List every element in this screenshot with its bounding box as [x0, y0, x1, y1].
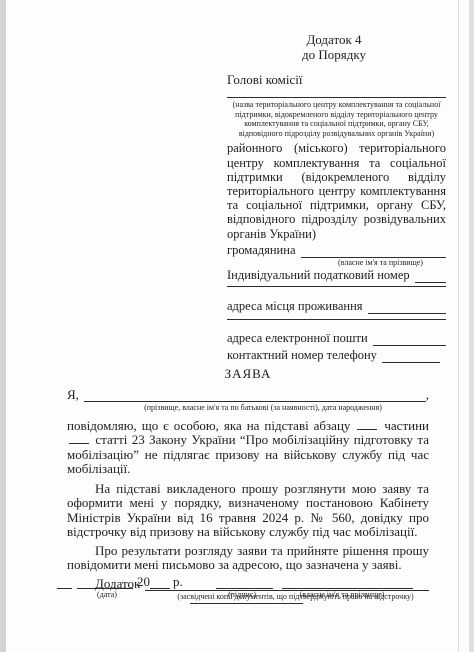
signature-captions-row: (дата) (підпис) (власне ім'я та прізвище… — [57, 589, 429, 601]
statement-title: ЗАЯВА — [67, 366, 429, 382]
intro-row: Я, , — [67, 387, 429, 402]
extra-blank-line — [190, 603, 303, 604]
appendix-reference: Додаток 4 до Порядку — [278, 32, 390, 62]
phone-label: контактний номер телефону — [227, 348, 377, 363]
chastyna-number-blank — [69, 433, 89, 444]
document-page: Додаток 4 до Порядку Голові комісії (наз… — [0, 0, 474, 652]
signature-block: 20 р. (дата) (підпис) (власне ім'я та пр… — [57, 574, 429, 601]
year-prefix: 20 — [137, 574, 150, 589]
paragraph-1-text-a: повідомляю, що є особою, яка на підставі… — [67, 418, 350, 433]
intro-comma: , — [426, 387, 429, 402]
email-label: адреса електронної пошти — [227, 331, 368, 346]
phone-row: контактний номер телефону — [227, 348, 446, 363]
scan-right-edge — [469, 0, 474, 652]
signature-row: 20 р. — [57, 574, 429, 589]
residence-row: адреса місця проживання — [227, 299, 446, 314]
day-blank — [57, 578, 72, 589]
month-blank — [77, 578, 133, 589]
paragraph-1-text-c: статті 23 Закону України “Про мобілізаці… — [67, 432, 429, 476]
statement-paragraph-1: повідомляю, що є особою, яка на підставі… — [67, 419, 429, 477]
paragraph-1-text-b: частини — [384, 418, 429, 433]
statement-body: ЗАЯВА Я, , (прізвище, власне ім'я та по … — [67, 366, 429, 601]
year-suffix: р. — [173, 574, 183, 589]
name-caption: (власне ім'я та прізвище) — [272, 590, 412, 600]
tax-number-row: Індивідуальний податковий номер — [227, 268, 446, 283]
scan-left-edge — [0, 0, 6, 652]
date-caption: (дата) — [77, 590, 137, 600]
residence-blank-line-2 — [227, 319, 446, 320]
intro-prefix: Я, — [67, 387, 79, 402]
scan-right-edge-line — [458, 0, 459, 652]
intro-name-blank — [84, 389, 426, 402]
org-description: районного (міського) територіального цен… — [227, 141, 446, 240]
email-blank — [373, 333, 446, 346]
name-blank — [282, 578, 413, 589]
abzats-number-blank — [357, 419, 377, 430]
tax-number-blank-line-2 — [227, 286, 446, 287]
citizen-row: громадянина — [227, 243, 446, 258]
org-name-blank-line — [227, 97, 446, 98]
tax-number-label: Індивідуальний податковий номер — [227, 268, 410, 283]
statement-paragraph-2: На підставі викладеного прошу розглянути… — [67, 482, 429, 540]
citizen-label: громадянина — [227, 243, 296, 258]
citizen-name-blank — [301, 245, 447, 258]
addressee-block: Голові комісії (назва територіального це… — [227, 72, 446, 363]
org-name-caption: (назва територіального центру комплектув… — [227, 100, 446, 138]
tax-number-blank — [415, 270, 446, 283]
intro-caption: (прізвище, власне ім'я та по батькові (з… — [97, 403, 429, 413]
residence-blank — [368, 301, 446, 314]
citizen-caption: (власне ім'я та прізвище) — [315, 258, 446, 268]
signature-caption: (підпис) — [212, 590, 272, 600]
signature-blank — [216, 578, 273, 589]
year-blank — [150, 578, 170, 589]
appendix-line-1: Додаток 4 — [278, 32, 390, 47]
phone-blank — [382, 350, 440, 363]
appendix-line-2: до Порядку — [278, 47, 390, 62]
statement-paragraph-3: Про результати розгляду заяви та прийнят… — [67, 544, 429, 573]
salutation: Голові комісії — [227, 72, 446, 87]
email-row: адреса електронної пошти — [227, 331, 446, 346]
residence-label: адреса місця проживання — [227, 299, 363, 314]
